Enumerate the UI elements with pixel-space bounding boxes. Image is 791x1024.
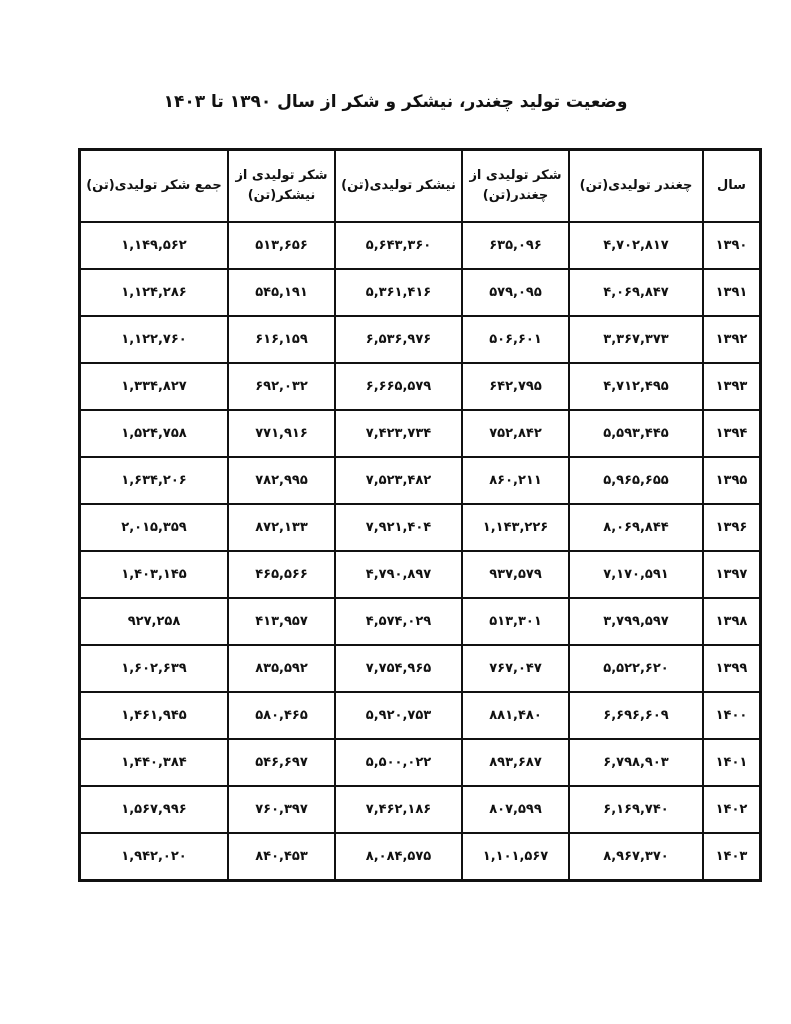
header-cell-beet: چغندر تولیدی(تن) (569, 150, 703, 223)
cell-year: ۱۳۹۱ (703, 269, 761, 316)
cell-cane: ۷,۴۲۳,۷۳۴ (335, 410, 462, 457)
cell-beet: ۵,۵۲۲,۶۲۰ (569, 645, 703, 692)
cell-sugar_from_cane: ۵۴۶,۶۹۷ (228, 739, 335, 786)
table-row: ۱۳۹۵۵,۹۶۵,۶۵۵۸۶۰,۲۱۱۷,۵۲۳,۴۸۲۷۸۲,۹۹۵۱,۶۳… (80, 457, 761, 504)
cell-sugar_from_beet: ۸۰۷,۵۹۹ (462, 786, 569, 833)
cell-sugar_from_cane: ۷۶۰,۳۹۷ (228, 786, 335, 833)
header-cell-total: جمع شکر تولیدی(تن) (80, 150, 229, 223)
cell-sugar_from_cane: ۷۸۲,۹۹۵ (228, 457, 335, 504)
cell-total: ۱,۵۲۴,۷۵۸ (80, 410, 229, 457)
cell-cane: ۴,۷۹۰,۸۹۷ (335, 551, 462, 598)
cell-total: ۱,۹۴۲,۰۲۰ (80, 833, 229, 881)
table-row: ۱۴۰۰۶,۶۹۶,۶۰۹۸۸۱,۴۸۰۵,۹۲۰,۷۵۳۵۸۰,۴۶۵۱,۴۶… (80, 692, 761, 739)
cell-total: ۱,۱۴۹,۵۶۲ (80, 222, 229, 269)
cell-total: ۹۲۷,۲۵۸ (80, 598, 229, 645)
cell-sugar_from_cane: ۶۱۶,۱۵۹ (228, 316, 335, 363)
cell-sugar_from_beet: ۱,۱۰۱,۵۶۷ (462, 833, 569, 881)
cell-cane: ۵,۳۶۱,۴۱۶ (335, 269, 462, 316)
cell-total: ۱,۴۶۱,۹۴۵ (80, 692, 229, 739)
cell-sugar_from_beet: ۶۴۲,۷۹۵ (462, 363, 569, 410)
cell-sugar_from_beet: ۵۱۳,۳۰۱ (462, 598, 569, 645)
cell-beet: ۴,۰۶۹,۸۴۷ (569, 269, 703, 316)
table-row: ۱۳۹۰۴,۷۰۲,۸۱۷۶۳۵,۰۹۶۵,۶۴۳,۳۶۰۵۱۳,۶۵۶۱,۱۴… (80, 222, 761, 269)
table-header: سالچغندر تولیدی(تن)شکر تولیدی از چغندر(ت… (80, 150, 761, 223)
cell-sugar_from_cane: ۸۴۰,۴۵۳ (228, 833, 335, 881)
cell-cane: ۷,۴۶۲,۱۸۶ (335, 786, 462, 833)
cell-total: ۱,۳۳۴,۸۲۷ (80, 363, 229, 410)
cell-total: ۱,۴۴۰,۳۸۴ (80, 739, 229, 786)
cell-beet: ۷,۱۷۰,۵۹۱ (569, 551, 703, 598)
cell-year: ۱۴۰۱ (703, 739, 761, 786)
cell-total: ۱,۶۰۲,۶۳۹ (80, 645, 229, 692)
table-row: ۱۳۹۷۷,۱۷۰,۵۹۱۹۳۷,۵۷۹۴,۷۹۰,۸۹۷۴۶۵,۵۶۶۱,۴۰… (80, 551, 761, 598)
cell-beet: ۸,۹۶۷,۳۷۰ (569, 833, 703, 881)
cell-cane: ۵,۶۴۳,۳۶۰ (335, 222, 462, 269)
cell-total: ۱,۱۲۲,۷۶۰ (80, 316, 229, 363)
cell-total: ۱,۴۰۳,۱۴۵ (80, 551, 229, 598)
cell-beet: ۶,۱۶۹,۷۴۰ (569, 786, 703, 833)
cell-beet: ۸,۰۶۹,۸۴۴ (569, 504, 703, 551)
cell-total: ۱,۶۳۴,۲۰۶ (80, 457, 229, 504)
cell-sugar_from_beet: ۸۸۱,۴۸۰ (462, 692, 569, 739)
page-title: وضعیت تولید چغندر، نیشکر و شکر از سال ۱۳… (0, 92, 791, 112)
cell-cane: ۷,۷۵۴,۹۶۵ (335, 645, 462, 692)
table-body: ۱۳۹۰۴,۷۰۲,۸۱۷۶۳۵,۰۹۶۵,۶۴۳,۳۶۰۵۱۳,۶۵۶۱,۱۴… (80, 222, 761, 881)
cell-year: ۱۴۰۳ (703, 833, 761, 881)
cell-year: ۱۳۹۵ (703, 457, 761, 504)
cell-sugar_from_cane: ۴۶۵,۵۶۶ (228, 551, 335, 598)
cell-beet: ۴,۷۱۲,۴۹۵ (569, 363, 703, 410)
cell-beet: ۳,۳۶۷,۳۷۳ (569, 316, 703, 363)
cell-sugar_from_beet: ۱,۱۴۳,۲۲۶ (462, 504, 569, 551)
cell-beet: ۵,۵۹۳,۴۴۵ (569, 410, 703, 457)
cell-cane: ۵,۵۰۰,۰۲۲ (335, 739, 462, 786)
cell-cane: ۶,۵۳۶,۹۷۶ (335, 316, 462, 363)
cell-sugar_from_cane: ۵۴۵,۱۹۱ (228, 269, 335, 316)
table-row: ۱۴۰۱۶,۷۹۸,۹۰۳۸۹۳,۶۸۷۵,۵۰۰,۰۲۲۵۴۶,۶۹۷۱,۴۴… (80, 739, 761, 786)
cell-total: ۱,۵۶۷,۹۹۶ (80, 786, 229, 833)
table-row: ۱۳۹۹۵,۵۲۲,۶۲۰۷۶۷,۰۴۷۷,۷۵۴,۹۶۵۸۳۵,۵۹۲۱,۶۰… (80, 645, 761, 692)
cell-beet: ۶,۶۹۶,۶۰۹ (569, 692, 703, 739)
cell-year: ۱۳۹۴ (703, 410, 761, 457)
production-table: سالچغندر تولیدی(تن)شکر تولیدی از چغندر(ت… (78, 148, 762, 882)
cell-sugar_from_cane: ۷۷۱,۹۱۶ (228, 410, 335, 457)
cell-sugar_from_cane: ۶۹۲,۰۳۲ (228, 363, 335, 410)
table-row: ۱۳۹۸۳,۷۹۹,۵۹۷۵۱۳,۳۰۱۴,۵۷۴,۰۲۹۴۱۳,۹۵۷۹۲۷,… (80, 598, 761, 645)
cell-cane: ۷,۵۲۳,۴۸۲ (335, 457, 462, 504)
table-row: ۱۴۰۲۶,۱۶۹,۷۴۰۸۰۷,۵۹۹۷,۴۶۲,۱۸۶۷۶۰,۳۹۷۱,۵۶… (80, 786, 761, 833)
header-cell-year: سال (703, 150, 761, 223)
cell-year: ۱۳۹۷ (703, 551, 761, 598)
cell-beet: ۴,۷۰۲,۸۱۷ (569, 222, 703, 269)
cell-sugar_from_beet: ۶۳۵,۰۹۶ (462, 222, 569, 269)
cell-cane: ۷,۹۲۱,۴۰۴ (335, 504, 462, 551)
cell-total: ۱,۱۲۴,۲۸۶ (80, 269, 229, 316)
table-row: ۱۳۹۴۵,۵۹۳,۴۴۵۷۵۲,۸۴۲۷,۴۲۳,۷۳۴۷۷۱,۹۱۶۱,۵۲… (80, 410, 761, 457)
header-cell-cane: نیشکر تولیدی(تن) (335, 150, 462, 223)
table-header-row: سالچغندر تولیدی(تن)شکر تولیدی از چغندر(ت… (80, 150, 761, 223)
cell-year: ۱۳۹۳ (703, 363, 761, 410)
table-row: ۱۳۹۱۴,۰۶۹,۸۴۷۵۷۹,۰۹۵۵,۳۶۱,۴۱۶۵۴۵,۱۹۱۱,۱۲… (80, 269, 761, 316)
cell-sugar_from_beet: ۸۶۰,۲۱۱ (462, 457, 569, 504)
cell-year: ۱۳۹۲ (703, 316, 761, 363)
table-row: ۱۴۰۳۸,۹۶۷,۳۷۰۱,۱۰۱,۵۶۷۸,۰۸۴,۵۷۵۸۴۰,۴۵۳۱,… (80, 833, 761, 881)
cell-sugar_from_cane: ۵۱۳,۶۵۶ (228, 222, 335, 269)
cell-sugar_from_cane: ۵۸۰,۴۶۵ (228, 692, 335, 739)
cell-sugar_from_beet: ۵۰۶,۶۰۱ (462, 316, 569, 363)
cell-sugar_from_beet: ۷۵۲,۸۴۲ (462, 410, 569, 457)
document-page: وضعیت تولید چغندر، نیشکر و شکر از سال ۱۳… (0, 0, 791, 1024)
header-cell-sugar_from_beet: شکر تولیدی از چغندر(تن) (462, 150, 569, 223)
cell-sugar_from_cane: ۴۱۳,۹۵۷ (228, 598, 335, 645)
cell-year: ۱۳۹۹ (703, 645, 761, 692)
cell-beet: ۵,۹۶۵,۶۵۵ (569, 457, 703, 504)
cell-year: ۱۳۹۰ (703, 222, 761, 269)
cell-year: ۱۴۰۲ (703, 786, 761, 833)
cell-sugar_from_beet: ۵۷۹,۰۹۵ (462, 269, 569, 316)
cell-sugar_from_beet: ۹۳۷,۵۷۹ (462, 551, 569, 598)
cell-beet: ۶,۷۹۸,۹۰۳ (569, 739, 703, 786)
table-row: ۱۳۹۶۸,۰۶۹,۸۴۴۱,۱۴۳,۲۲۶۷,۹۲۱,۴۰۴۸۷۲,۱۳۳۲,… (80, 504, 761, 551)
cell-year: ۱۴۰۰ (703, 692, 761, 739)
cell-cane: ۶,۶۶۵,۵۷۹ (335, 363, 462, 410)
cell-sugar_from_beet: ۸۹۳,۶۸۷ (462, 739, 569, 786)
cell-cane: ۸,۰۸۴,۵۷۵ (335, 833, 462, 881)
cell-cane: ۵,۹۲۰,۷۵۳ (335, 692, 462, 739)
header-cell-sugar_from_cane: شکر تولیدی از نیشکر(تن) (228, 150, 335, 223)
cell-total: ۲,۰۱۵,۳۵۹ (80, 504, 229, 551)
cell-cane: ۴,۵۷۴,۰۲۹ (335, 598, 462, 645)
cell-beet: ۳,۷۹۹,۵۹۷ (569, 598, 703, 645)
cell-year: ۱۳۹۶ (703, 504, 761, 551)
table-row: ۱۳۹۳۴,۷۱۲,۴۹۵۶۴۲,۷۹۵۶,۶۶۵,۵۷۹۶۹۲,۰۳۲۱,۳۳… (80, 363, 761, 410)
table-row: ۱۳۹۲۳,۳۶۷,۳۷۳۵۰۶,۶۰۱۶,۵۳۶,۹۷۶۶۱۶,۱۵۹۱,۱۲… (80, 316, 761, 363)
cell-sugar_from_beet: ۷۶۷,۰۴۷ (462, 645, 569, 692)
cell-sugar_from_cane: ۸۳۵,۵۹۲ (228, 645, 335, 692)
cell-sugar_from_cane: ۸۷۲,۱۳۳ (228, 504, 335, 551)
cell-year: ۱۳۹۸ (703, 598, 761, 645)
